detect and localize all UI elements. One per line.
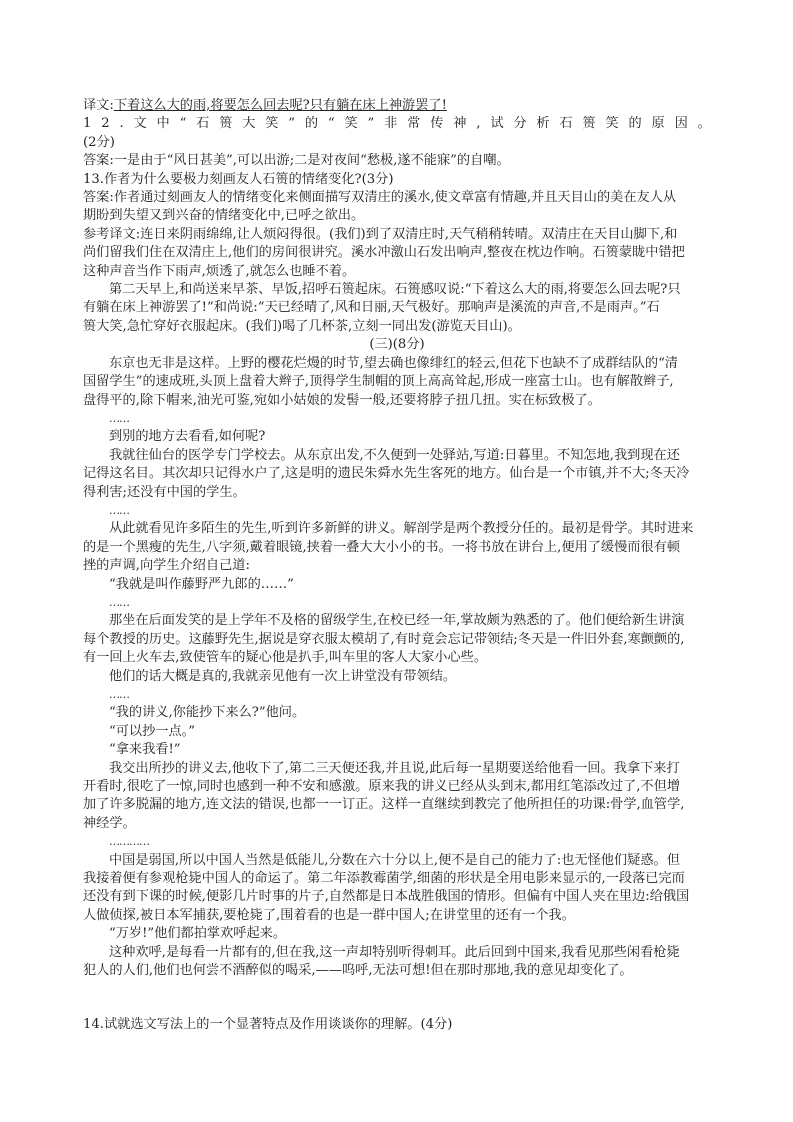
p11-line-2: 开看时,很吃了一惊,同时也感到一种不安和感激。原来我的讲义已经从头到末,都用红笔… [83, 778, 711, 796]
q12-char: 大 [242, 115, 255, 133]
q14-question: 14.试就选文写法上的一个显著特点及作用谈谈你的理解。(4分) [83, 1016, 711, 1034]
q12-char: 石 [559, 115, 572, 133]
q12-char: 因 [675, 115, 688, 133]
q12-char: 石 [196, 115, 209, 133]
p10: “拿来我看!” [83, 741, 711, 759]
translation-text: 下着这么大的雨,将要怎么回去呢?只有躺在床上神游罢了! [114, 98, 447, 113]
q12-char: 篑 [582, 115, 595, 133]
p7: 他们的话大概是真的,我就亲见他有一次上讲堂没有带领结。 [83, 668, 711, 686]
q12-char: “ [328, 115, 335, 133]
q13-question: 13.作者为什么要极力刻画友人石篑的情绪变化?(3分) [83, 171, 711, 189]
ellipsis: …… [83, 686, 711, 704]
p11-line-3: 加了许多脱漏的地方,连文法的错误,也都一一订正。这样一直继续到教完了他所担任的功… [83, 796, 711, 814]
q12-char: 分 [513, 115, 526, 133]
q13-ref2-1: 第二天早上,和尚送来早茶、早饭,招呼石篑起床。石篑感叹说:“下着这么大的雨,将要… [83, 281, 711, 299]
p2: 到别的地方去看看,如何呢? [83, 428, 711, 446]
p12-line-1: 中国是弱国,所以中国人当然是低能儿,分数在六十分以上,便不是自己的能力了:也无怪… [83, 852, 711, 870]
q12-char: 。 [698, 115, 711, 133]
q12-char: 试 [490, 115, 503, 133]
p4-line-2: 的是一个黑瘦的先生,八字须,戴着眼镜,挟着一叠大大小小的书。一将书放在讲台上,便… [83, 539, 711, 557]
q12-char: 的 [629, 115, 642, 133]
p14-line-1: 这种欢呼,是每看一片都有的,但在我,这一声却特别听得刺耳。此后回到中国来,我看见… [83, 944, 711, 962]
p12-line-3: 还没有到下课的时候,便影几片时事的片子,自然都是日本战胜俄国的情形。但偏有中国人… [83, 888, 711, 906]
q13-answer-2: 期盼到失望又到兴奋的情绪变化中,已呼之欲出。 [83, 207, 711, 225]
q12-char: 神 [453, 115, 466, 133]
q12-score: (2分) [83, 134, 711, 152]
p8: “我的讲义,你能抄下来么?”他问。 [83, 704, 711, 722]
q13-ref-1: 参考译文:连日来阴雨绵绵,让人烦闷得很。(我们)到了双清庄时,天气稍稍转晴。双清… [83, 226, 711, 244]
p6-line-2: 每个教授的历史。这藤野先生,据说是穿衣服太模胡了,有时竟会忘记带领结;冬天是一件… [83, 631, 711, 649]
p6-line-3: 有一回上火车去,致使管车的疑心他是扒手,叫车里的客人大家小心些。 [83, 649, 711, 667]
document-page: 译文:下着这么大的雨,将要怎么回去呢?只有躺在床上神游罢了! 12.文中“石篑大… [83, 97, 711, 1035]
p13: “万岁!”他们都拍掌欢呼起来。 [83, 925, 711, 943]
p3-line-3: 得利害;还没有中国的学生。 [83, 484, 711, 502]
q12-char: 析 [536, 115, 549, 133]
q12-char: 笑 [345, 115, 358, 133]
q12-char: 篑 [219, 115, 232, 133]
q13-ref2-2: 有躺在床上神游罢了!”和尚说:“天已经晴了,风和日丽,天气极好。那响声是溪流的声… [83, 299, 711, 317]
q12-char: . [119, 115, 123, 133]
p9: “可以抄一点。” [83, 723, 711, 741]
p6-line-1: 那坐在后面发笑的是上学年不及格的留级学生,在校已经一年,掌故颇为熟悉的了。他们便… [83, 612, 711, 630]
ellipsis: …… [83, 410, 711, 428]
p5: “我就是叫作藤野严九郎的……” [83, 576, 711, 594]
p3-line-2: 记得这名目。其次却只记得水户了,这是明的遗民朱舜水先生客死的地方。仙台是一个市镇… [83, 465, 711, 483]
q12-char: 2 [101, 115, 109, 133]
translation-label: 译文: [83, 98, 114, 113]
q12-question: 12.文中“石篑大笑”的“笑”非常传神,试分析石篑笑的原因。 [83, 115, 711, 133]
q12-char: “ [180, 115, 187, 133]
q12-answer: 答案:一是由于“风日甚美”,可以出游;二是对夜间“愁极,遂不能寐”的自嘲。 [83, 152, 711, 170]
p12-line-4: 人做侦探,被日本军捕获,要枪毙了,围着看的也是一群中国人;在讲堂里的还有一个我。 [83, 907, 711, 925]
p14-line-2: 犯人的人们,他们也何尝不酒醉似的喝采,——呜呼,无法可想!但在那时那地,我的意见… [83, 962, 711, 980]
q12-char: 笑 [605, 115, 618, 133]
p1-line-3: 盘得平的,除下帽来,油光可鉴,宛如小姑娘的发髻一般,还要将脖子扭几扭。实在标致极… [83, 392, 711, 410]
q13-ref2-3: 篑大笑,急忙穿好衣服起床。(我们)喝了几杯茶,立刻一同出发(游览天目山)。 [83, 318, 711, 336]
p1-line-1: 东京也无非是这样。上野的樱花烂熳的时节,望去确也像绯红的轻云,但花下也缺不了成群… [83, 355, 711, 373]
p4-line-3: 挫的声调,向学生介绍自己道: [83, 557, 711, 575]
q12-char: ” [288, 115, 295, 133]
p4-line-1: 从此就看见许多陌生的先生,听到许多新鲜的讲义。解剖学是两个教授分任的。最初是骨学… [83, 520, 711, 538]
q12-char: 笑 [265, 115, 278, 133]
q13-ref-2: 尚们留我们住在双清庄上,他们的房间很讲究。溪水冲激山石发出响声,整夜在枕边作响。… [83, 244, 711, 262]
q12-char: ” [368, 115, 375, 133]
p1-line-2: 国留学生”的速成班,头顶上盘着大辫子,顶得学生制帽的顶上高高耸起,形成一座富士山… [83, 373, 711, 391]
q12-char: , [476, 115, 480, 133]
q12-char: 常 [407, 115, 420, 133]
q12-char: 文 [134, 115, 147, 133]
q12-char: 的 [305, 115, 318, 133]
p3-line-1: 我就往仙台的医学专门学校去。从东京出发,不久便到一处驿站,写道:日暮里。不知怎地… [83, 447, 711, 465]
q12-char: 原 [652, 115, 665, 133]
p11-line-4: 神经学。 [83, 815, 711, 833]
q12-char: 传 [430, 115, 443, 133]
p11-line-1: 我交出所抄的讲义去,他收下了,第二三天便还我,并且说,此后每一星期要送给他看一回… [83, 760, 711, 778]
q12-char: 1 [83, 115, 91, 133]
p12-line-2: 我接着便有参观枪毙中国人的命运了。第二年添教霉菌学,细菌的形状是全用电影来显示的… [83, 870, 711, 888]
section-heading: (三)(8分) [83, 336, 711, 354]
ellipsis: …… [83, 594, 711, 612]
q13-answer-1: 答案:作者通过刻画友人的情绪变化来侧面描写双清庄的溪水,使文章富有情趣,并且天目… [83, 189, 711, 207]
ellipsis-long: ………… [83, 833, 711, 851]
q12-char: 中 [157, 115, 170, 133]
q12-char: 非 [384, 115, 397, 133]
q13-ref-3: 这种声音当作下雨声,烦透了,就怎么也睡不着。 [83, 263, 711, 281]
ellipsis: …… [83, 502, 711, 520]
q11-translation: 译文:下着这么大的雨,将要怎么回去呢?只有躺在床上神游罢了! [83, 97, 711, 115]
